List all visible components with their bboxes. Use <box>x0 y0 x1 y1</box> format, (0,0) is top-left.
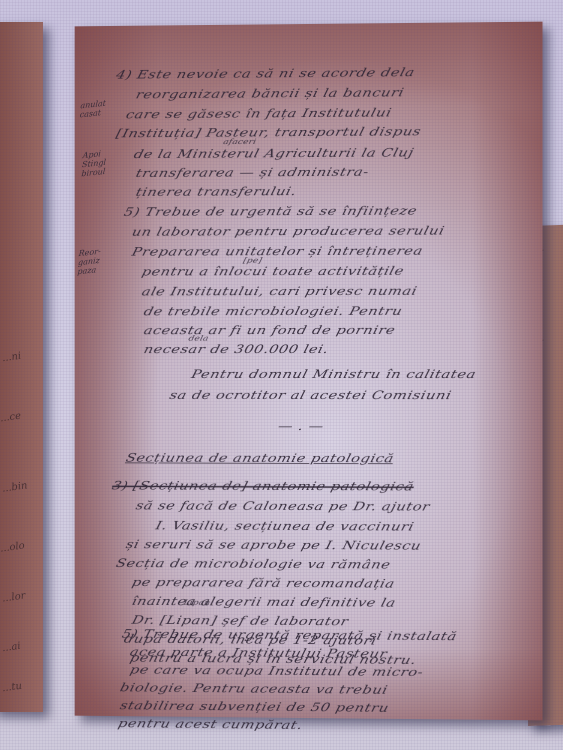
manuscript-line: transferarea — și administra- <box>134 166 370 180</box>
margin-note: Reor- ganiz paza <box>77 247 101 277</box>
manuscript-line: Dr. [Lipan] șef de laborator <box>130 614 350 628</box>
manuscript-line: I. Vasiliu, secțiunea de vaccinuri <box>154 520 415 534</box>
interlinear-note: dela <box>187 335 209 343</box>
separator-mark: — . — <box>276 421 325 434</box>
manuscript-line: de trebile microbiologiei. Pentru <box>142 305 404 318</box>
left-page-fragment: ...ce <box>0 411 22 425</box>
manuscript-line: sa de ocrotitor al acestei Comisiuni <box>168 390 453 403</box>
manuscript-line: pentru a lucra și în serviciul nostru. <box>128 652 417 667</box>
manuscript-line: să se facă de Caloneasa pe Dr. ajutor <box>134 500 431 514</box>
manuscript-line: de la Ministerul Agriculturii la Cluj <box>132 147 415 162</box>
manuscript-line: pe prepararea fără recomandația <box>130 577 396 591</box>
left-page-fragment: ...ni <box>1 351 22 365</box>
interlinear-note: afaceri <box>222 138 257 146</box>
main-manuscript-page[interactable]: 4) Este nevoie ca să ni se acorde dela r… <box>75 22 543 721</box>
manuscript-line: și seruri să se aprobe pe I. Niculescu <box>124 539 422 553</box>
interlinear-note: [pe] <box>242 257 263 265</box>
manuscript-line: 5) Trebue de urgentă să se înființeze <box>122 205 418 219</box>
manuscript-line: 4) Este nevoie ca să ni se acorde dela <box>115 67 417 82</box>
left-page-fragment: ...bin <box>1 480 28 494</box>
interlinear-note: Lipan <box>182 599 211 607</box>
manuscript-line: Secția de microbiologie va rămâne <box>115 558 392 572</box>
margin-note: anulat casat <box>79 99 106 120</box>
manuscript-line: un laborator pentru producerea serului <box>130 225 446 239</box>
manuscript-line: 3) [Secțiunea de] anatomie patologică <box>111 480 416 494</box>
manuscript-line: Prepararea unitatelor și întreținerea <box>130 245 424 259</box>
margin-note: Apoi Stingl biroul <box>81 149 107 179</box>
manuscript-line: după datorii, încă pe 1-2 ajutori <box>122 633 378 648</box>
left-page-fragment: ...ai <box>1 641 21 654</box>
manuscript-line: pentru a înlocui toate activitățile <box>140 265 405 279</box>
manuscript-line: Pentru domnul Ministru în calitatea <box>190 369 478 382</box>
manuscript-line: înaintea alegerii mai definitive la <box>130 595 397 610</box>
left-manuscript-page[interactable]: ...ni ...ce ...bin ...olo ...lor ...ai .… <box>0 22 43 712</box>
manuscript-line: aceasta ar fi un fond de pornire <box>142 324 397 337</box>
left-page-fragment: ...lor <box>1 590 26 604</box>
manuscript-line: ale Institutului, cari privesc numai <box>140 285 418 298</box>
left-page-fragment: ...tu <box>1 681 22 695</box>
manuscript-line: care se găsesc în fața Institutului <box>124 107 393 122</box>
manuscript-line: ținerea transferului. <box>134 186 298 200</box>
manuscript-line: pentru acest cumpărat. <box>117 718 305 733</box>
manuscript-line: necesar de 300.000 lei. <box>142 344 330 357</box>
left-page-fragment: ...olo <box>0 540 25 554</box>
manuscript-line: [Instituția] Pasteur, transportul dispus <box>115 126 423 141</box>
section-heading: Secțiunea de anatomie patologică <box>124 452 395 465</box>
manuscript-line: reorganizarea băncii și la bancuri <box>134 87 405 102</box>
